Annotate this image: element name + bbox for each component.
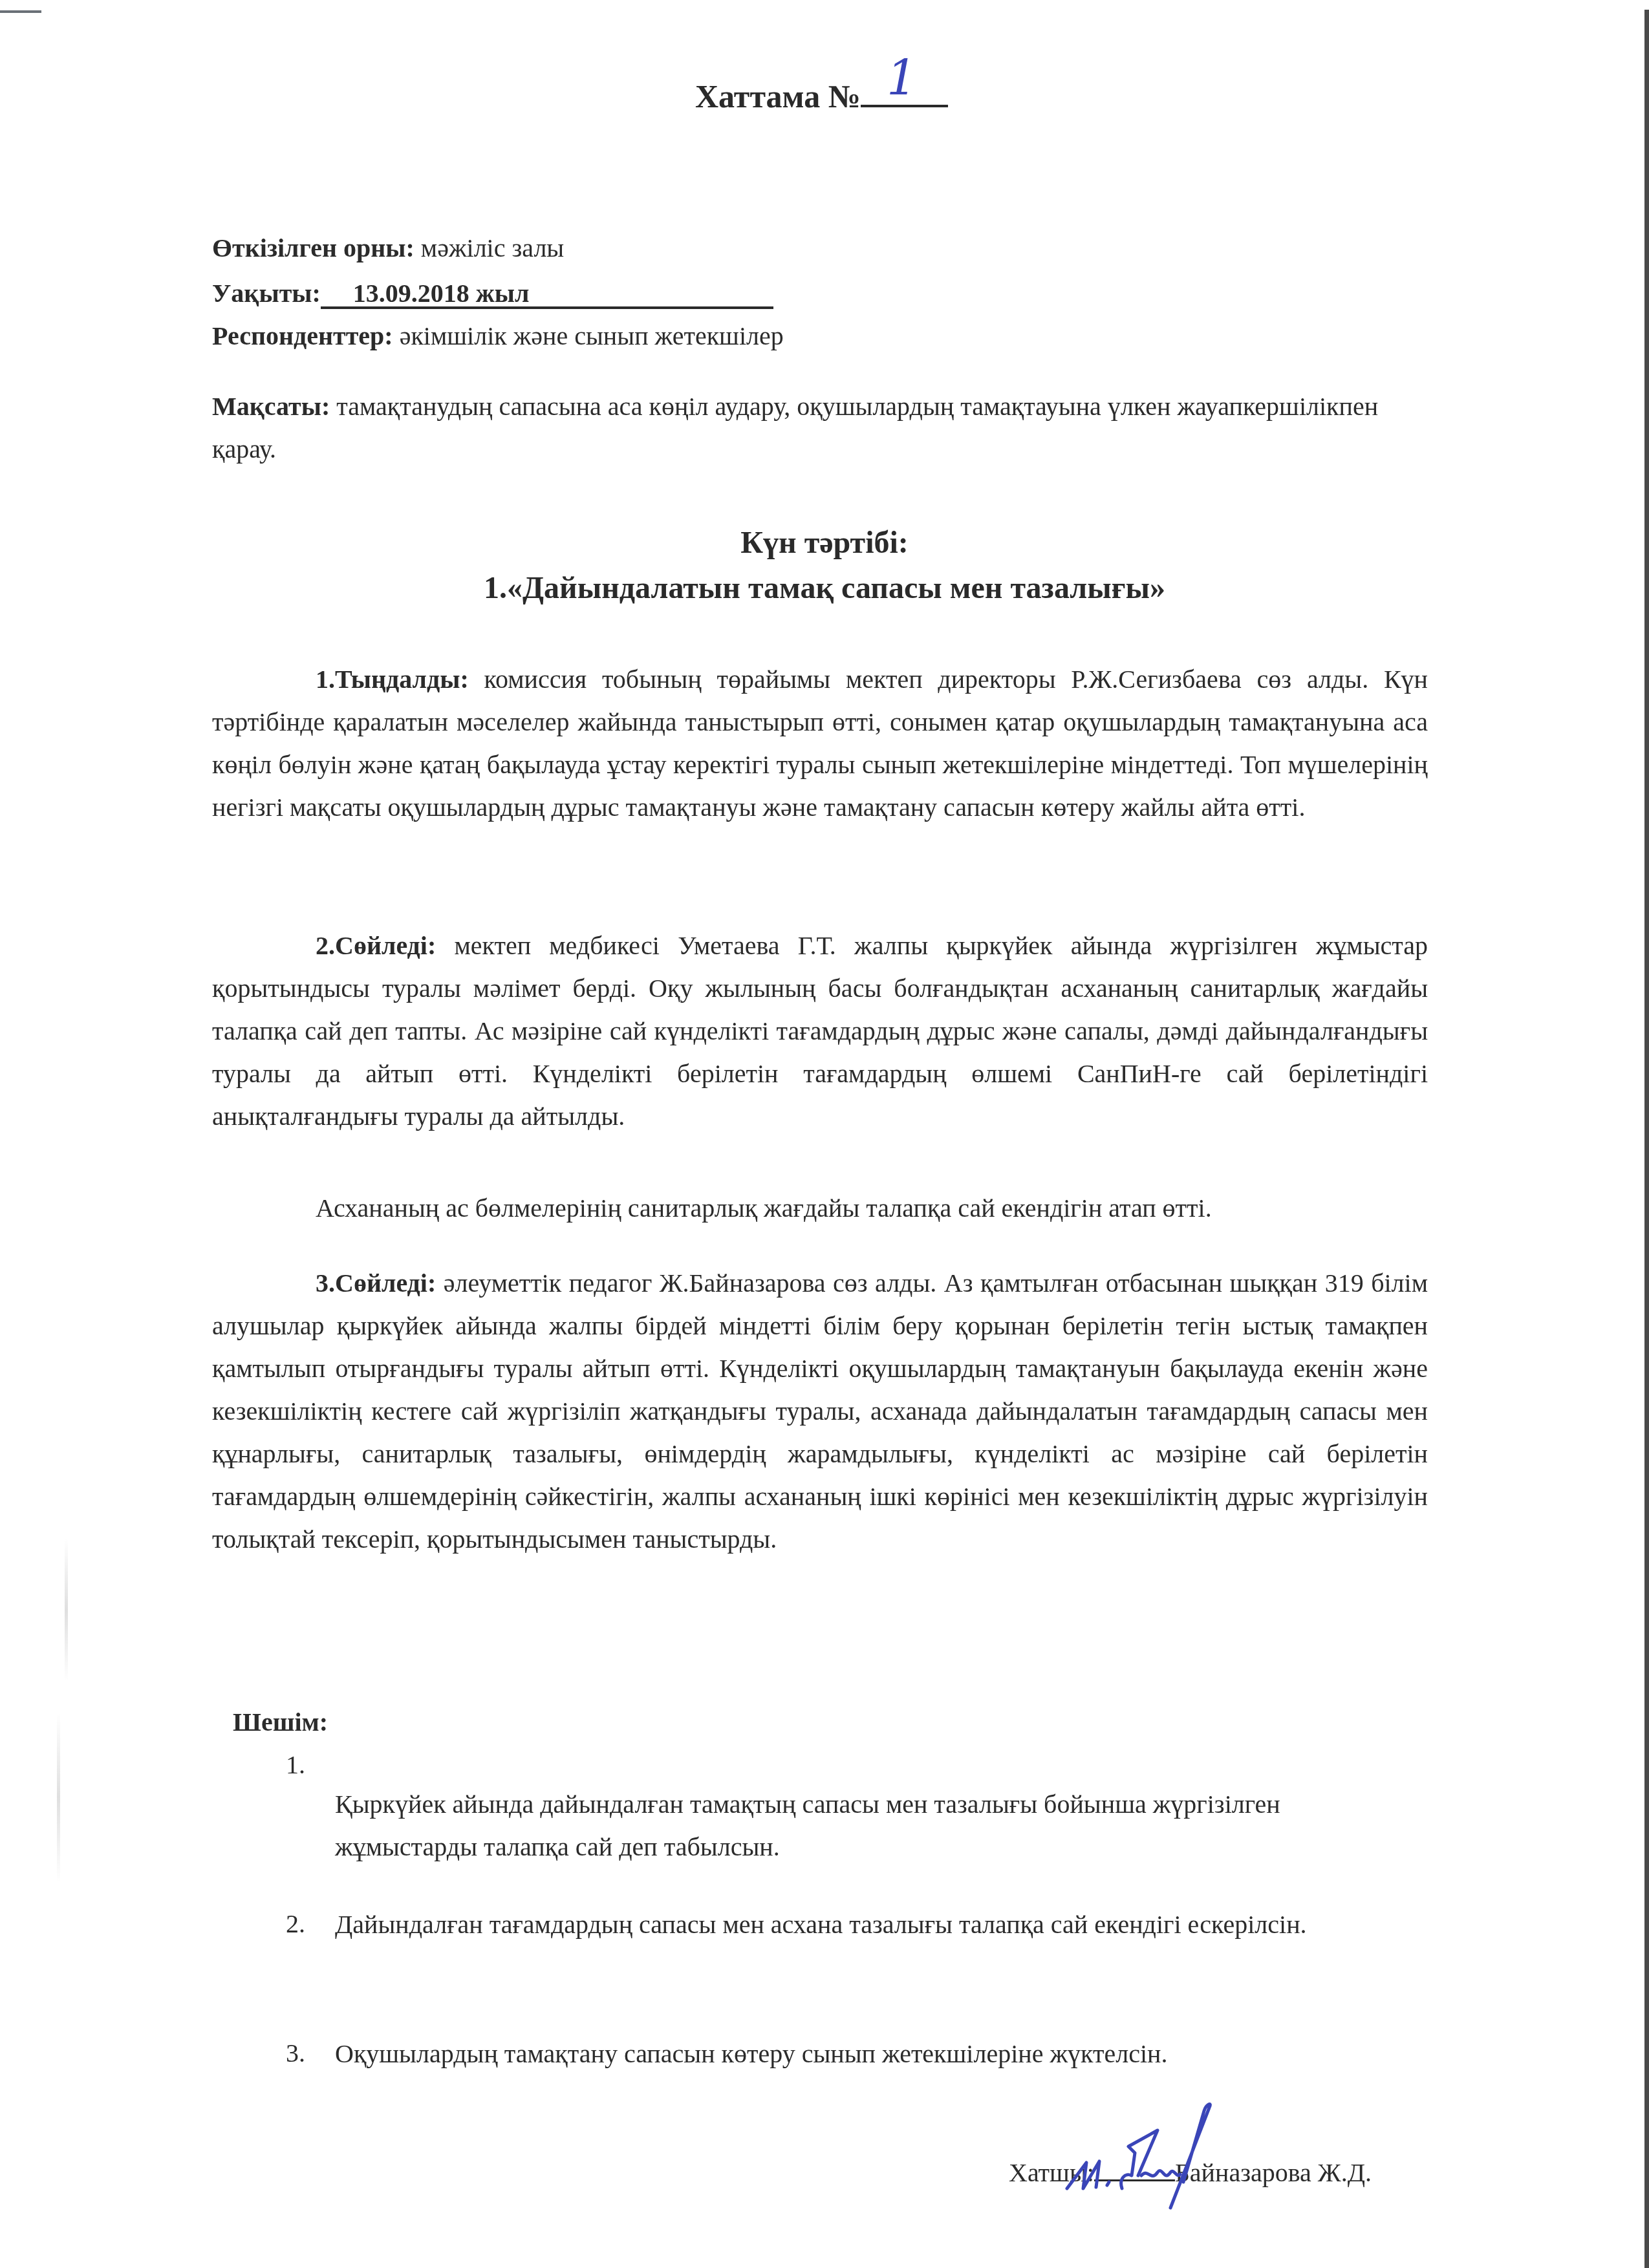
respondents-value: әкімшілік және сынып жетекшілер (400, 321, 784, 350)
decision-item-number: 2. (286, 1909, 305, 1939)
decision-item-1: Қыркүйек айында дайындалған тамақтың сап… (335, 1783, 1344, 1868)
section-label: 3.Сөйледі: (316, 1268, 436, 1298)
decision-heading: Шешім: (233, 1707, 328, 1737)
place-label: Өткізілген орны: (212, 233, 415, 262)
respondents-label: Респонденттер: (212, 321, 393, 350)
handwritten-signature-icon (1061, 2091, 1293, 2221)
place-value: мәжіліс залы (421, 233, 564, 262)
section-label: 1.Тыңдалды: (316, 665, 469, 694)
document-title: Хаттама №1 (695, 76, 948, 115)
section-spoke-nurse-extra: Асхананың ас бөлмелерінің санитарлық жағ… (212, 1187, 1428, 1230)
document-page: Хаттама №1 Өткізілген орны: мәжіліс залы… (0, 0, 1649, 2268)
handwritten-protocol-number: 1 (887, 50, 917, 106)
purpose-block: Мақсаты: тамақтанудың сапасына аса көңіл… (212, 385, 1441, 471)
meta-respondents: Респонденттер: әкімшілік және сынып жете… (212, 321, 784, 351)
meta-place: Өткізілген орны: мәжіліс залы (212, 233, 564, 263)
section-text: әлеуметтік педагог Ж.Байназарова сөз алд… (212, 1268, 1428, 1554)
section-text: мектеп медбикесі Уметаева Г.Т. жалпы қыр… (212, 931, 1428, 1131)
agenda-item-1: 1.«Дайындалатын тамақ сапасы мен тазалығ… (0, 570, 1649, 606)
meta-time: Уақыты:13.09.2018 жыл (212, 278, 773, 309)
agenda-heading: Күн тәртібі: (0, 525, 1649, 561)
decision-item-number: 3. (286, 2038, 305, 2068)
protocol-number-field: 1 (861, 76, 948, 107)
section-listened: 1.Тыңдалды: комиссия тобының төрайымы ме… (212, 658, 1428, 829)
time-label: Уақыты: (212, 279, 321, 308)
purpose-text: тамақтанудың сапасына аса көңіл аудару, … (212, 392, 1378, 464)
time-value: 13.09.2018 жыл (321, 281, 773, 309)
title-prefix: Хаттама № (695, 78, 861, 114)
decision-item-number: 1. (286, 1749, 305, 1780)
section-label: 2.Сөйледі: (316, 931, 436, 960)
decision-item-3: Оқушылардың тамақтану сапасын көтеру сын… (335, 2033, 1499, 2075)
decision-item-2: Дайындалған тағамдардың сапасы мен асхан… (335, 1903, 1434, 1946)
section-spoke-nurse: 2.Сөйледі: мектеп медбикесі Уметаева Г.Т… (212, 925, 1428, 1138)
section-spoke-social-pedagogue: 3.Сөйледі: әлеуметтік педагог Ж.Байназар… (212, 1262, 1428, 1561)
purpose-label: Мақсаты: (212, 392, 330, 421)
